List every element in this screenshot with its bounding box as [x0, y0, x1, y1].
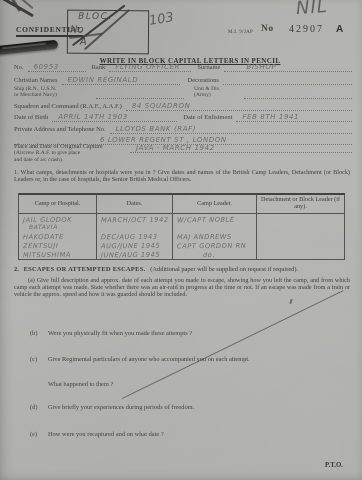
form-reference: M.I. 9/JAP [228, 30, 253, 35]
ship-label: Ship (R.N., U.S.N.or Merchant Navy) [14, 86, 92, 99]
table-cell-dates: JUNE/AUG 1945 [101, 251, 160, 260]
christian-names-value: EDWIN REGINALD [62, 75, 180, 85]
christian-names-label: Christian Names [14, 78, 58, 86]
question-2b-text: Were you physically fit when you made th… [48, 330, 192, 337]
handwritten-number: 103 [148, 10, 175, 29]
camps-table-header: Camp or Hospital. [19, 195, 96, 214]
enlistment-label: Date of Enlistment [183, 115, 232, 123]
table-cell-dates: AUG/JUNE 1945 [101, 242, 160, 251]
camps-table-body: W/CAPT NOBLE MAJ ANDREWS CAPT GORDON RN … [173, 214, 256, 257]
squadron-label: Squadron and Command (R.A.F., A.A.F.) [14, 104, 122, 112]
table-cell-camp: ZENTSUJI [23, 242, 58, 250]
field-row-squadron: Squadron and Command (R.A.F., A.A.F.) 84… [14, 101, 352, 111]
question-2e-text: How were you recaptured and on what date… [48, 431, 164, 438]
serial-suffix: A [336, 24, 343, 35]
decorations-label: Decorations [188, 78, 219, 86]
question-2e-label: (e) [30, 431, 37, 438]
capture-value: JAVA - MARCH 1942 [130, 144, 352, 153]
field-row-dates: Date of Birth APRIL 14TH 1903 Date of En… [14, 112, 352, 122]
question-2d-label: (d) [30, 404, 37, 411]
nil-annotation: NIL [295, 0, 328, 19]
camps-table-col-camp: Camp or Hospital. JAIL GLODOK BATAVIA HA… [19, 195, 97, 259]
camps-table-header: Camp Leader. [173, 195, 256, 214]
unit-value [244, 89, 352, 99]
table-cell-leader: MAJ ANDREWS [177, 233, 232, 242]
dob-label: Date of Birth [14, 115, 48, 123]
unit-label: Unit & Div.(Army) [194, 86, 240, 99]
stamp-text-no: No [70, 25, 84, 36]
section-2-number: 2. [14, 266, 19, 273]
question-2c-text: Give Regimental particulars of anyone wh… [48, 356, 250, 363]
camps-table-col-leader: Camp Leader. W/CAPT NOBLE MAJ ANDREWS CA… [173, 195, 257, 259]
decorations-value [223, 75, 352, 85]
camps-table: Camp or Hospital. JAIL GLODOK BATAVIA HA… [18, 193, 345, 260]
field-row-identity: No. 60953 Rank FLYING OFFICER Surname BI… [14, 62, 352, 72]
table-cell-camp: MITSUSHIMA [23, 251, 71, 260]
pencil-tick-mark [289, 299, 292, 304]
no-field-label: No. [14, 65, 24, 73]
field-row-names: Christian Names EDWIN REGINALD Decoratio… [14, 75, 352, 85]
squadron-value: 84 SQUADRON [126, 101, 352, 111]
rank-field-value: FLYING OFFICER [109, 62, 191, 72]
ship-value [96, 89, 184, 99]
pto-label: P.T.O. [325, 462, 343, 469]
table-cell-dates: MARCH/OCT 1942 [101, 216, 169, 225]
camps-table-header: Detachment or Block Leader (if any). [257, 195, 344, 214]
strikethrough-line [122, 290, 344, 399]
field-row-ship-unit: Ship (R.N., U.S.N.or Merchant Navy) Unit… [14, 86, 352, 99]
camps-table-col-block-leader: Detachment or Block Leader (if any). [257, 195, 344, 259]
surname-field-label: Surname [197, 65, 220, 73]
field-row-capture: Place and Date of Original Capture (Airc… [14, 144, 352, 163]
table-cell-camp: HAKODATE [23, 233, 64, 241]
table-cell-leader: CAPT GORDON RN [177, 242, 246, 251]
table-cell-dates: DEC/AUG 1943 [101, 233, 158, 242]
camps-table-body: JAIL GLODOK BATAVIA HAKODATE ZENTSUJI MI… [19, 214, 96, 257]
dob-value: APRIL 14TH 1903 [52, 112, 177, 122]
section-2-heading: ESCAPES OR ATTEMPTED ESCAPES. [24, 266, 146, 273]
enlistment-value: FEB 8TH 1941 [236, 112, 352, 122]
field-row-address: Private Address and Telephone No. LLOYDS… [14, 124, 352, 134]
camps-table-body: MARCH/OCT 1942 DEC/AUG 1943 AUG/JUNE 194… [97, 214, 172, 257]
table-cell-camp: BATAVIA [29, 224, 58, 231]
section-2-note: (Additional paper will be supplied on re… [150, 266, 298, 273]
camps-table-header: Dates. [97, 195, 172, 214]
serial-no-label: No [261, 24, 274, 34]
question-2c2-text: What happened to them ? [48, 381, 113, 388]
block-number-stamp-box: BLOC. No A [67, 10, 149, 55]
question-1-text: 1. What camps, detachments or hospitals … [14, 169, 350, 183]
section-2-title: 2. ESCAPES OR ATTEMPTED ESCAPES. (Additi… [14, 266, 350, 273]
question-2b-label: (b) [30, 330, 37, 337]
address-value: LLOYDS BANK (RAF) [110, 124, 352, 134]
scanned-pow-questionnaire-form: CONFIDENTIAL BLOC. No A 103 NIL M.I. 9/J… [0, 0, 362, 480]
no-field-value: 60953 [28, 62, 86, 72]
question-2d-text: Give briefly your experiences during per… [48, 404, 194, 411]
question-2a-text: (a) Give full description and approx. da… [14, 277, 350, 298]
question-2c-label: (c) [30, 356, 37, 363]
address-label: Private Address and Telephone No. [14, 127, 106, 135]
capture-label: Place and Date of Original Capture (Airc… [14, 144, 126, 163]
surname-field-value: BISHOP [224, 62, 352, 72]
table-cell-leader-ditto: do. [203, 251, 215, 259]
table-cell-leader: W/CAPT NOBLE [177, 216, 235, 225]
camps-table-body [257, 214, 344, 257]
rank-field-label: Rank [92, 65, 106, 73]
serial-number: 42907 [289, 24, 324, 35]
camps-table-col-dates: Dates. MARCH/OCT 1942 DEC/AUG 1943 AUG/J… [97, 195, 173, 259]
